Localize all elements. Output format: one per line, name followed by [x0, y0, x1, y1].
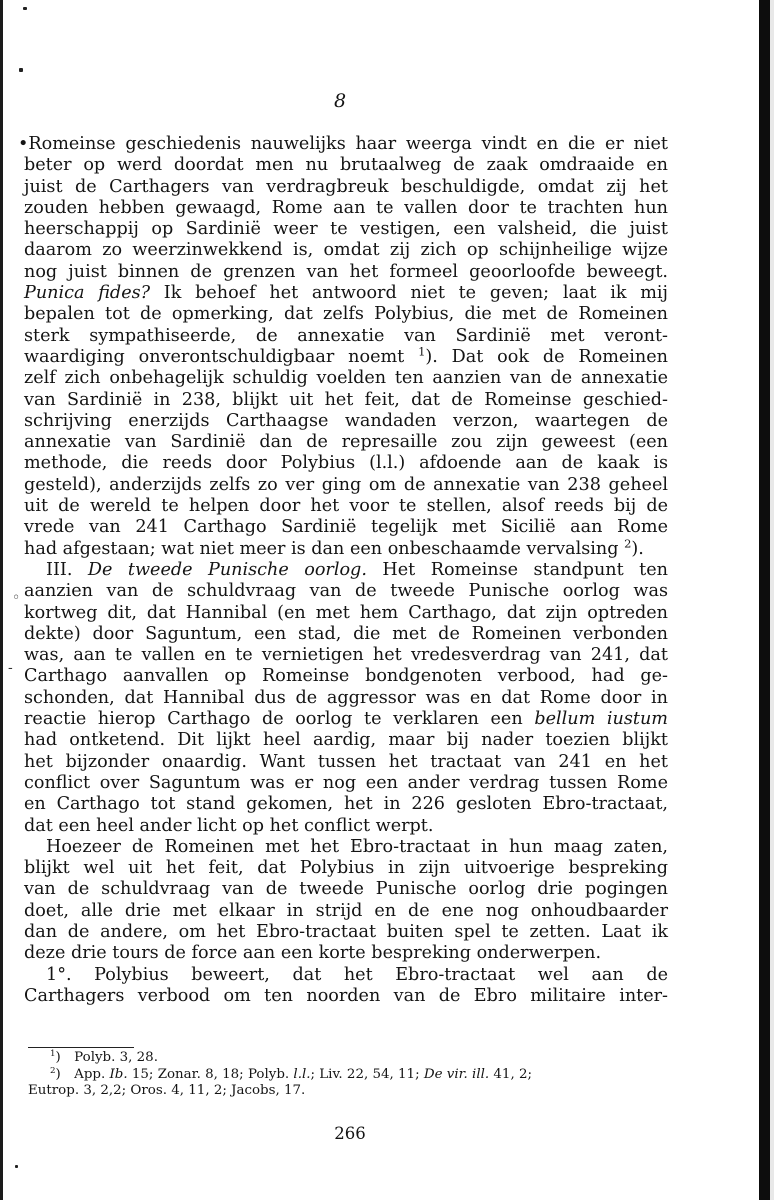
italic-text: De vir. ill. [424, 1067, 489, 1082]
scan-speck [15, 1165, 18, 1168]
text-line: dat een heel ander licht op het conflict… [24, 816, 668, 837]
margin-mark: ◦ [12, 590, 20, 606]
footnotes: 1) Polyb. 3, 28.2) App. Ib. 15; Zonar. 8… [28, 1050, 672, 1100]
text-line: •Romeinse geschiedenis nauwelijks haar w… [18, 134, 668, 155]
footnote-ref[interactable]: 1 [418, 345, 425, 359]
text-line: waardiging onverontschuldigbaar noemt 1)… [24, 347, 668, 368]
italic-text: Punica fides? [24, 283, 150, 303]
footnote-rule [28, 1047, 134, 1048]
margin-mark: - [8, 660, 13, 676]
text-line: gesteld), anderzijds zelfs zo ver ging o… [24, 475, 668, 496]
text-line: reactie hierop Carthago de oorlog te ver… [24, 709, 668, 730]
text-line: 1°. Polybius beweert, dat het Ebro-tract… [24, 965, 668, 986]
scan-speck [19, 68, 23, 72]
text-line: deze drie tours de force aan een korte b… [24, 943, 668, 964]
footnote-2: 2) App. Ib. 15; Zonar. 8, 18; Polyb. l.l… [28, 1067, 672, 1084]
text-line: daarom zo weerzinwekkend is, omdat zij z… [24, 240, 668, 261]
text-line: schonden, dat Hannibal dus de aggressor … [24, 688, 668, 709]
text-line: Hoezeer de Romeinen met het Ebro-tractaa… [24, 837, 668, 858]
scan-edge-right-margin [770, 0, 774, 1200]
footnote-1: 1) Polyb. 3, 28. [28, 1050, 672, 1067]
text-line: juist de Carthagers van verdragbreuk bes… [24, 177, 668, 198]
italic-text: bellum iustum [534, 709, 668, 729]
text-line: zouden hebben gewaagd, Rome aan te valle… [24, 198, 668, 219]
text-line: nog juist binnen de grenzen van het form… [24, 262, 668, 283]
text-line: en Carthago tot stand gekomen, het in 22… [24, 794, 668, 815]
footnote-marker: 2 [50, 1066, 56, 1076]
footnote-marker: 1 [50, 1049, 56, 1059]
text-line: had ontketend. Dit lijkt heel aardig, ma… [24, 730, 668, 751]
text-line: sterk sympathiseerde, de annexatie van S… [24, 326, 668, 347]
text-line: van de schuldvraag van de tweede Punisch… [24, 879, 668, 900]
italic-text: Ib. [110, 1067, 128, 1082]
text-line: methode, die reeds door Polybius (l.l.) … [24, 453, 668, 474]
footnote-continuation: Eutrop. 3, 2,2; Oros. 4, 11, 2; Jacobs, … [28, 1083, 672, 1100]
text-line: beter op werd doordat men nu brutaalweg … [24, 155, 668, 176]
italic-text: l.l. [293, 1067, 310, 1082]
text-line: dekte) door Saguntum, een stad, die met … [24, 624, 668, 645]
text-line: het bijzonder onaardig. Want tussen het … [24, 752, 668, 773]
scan-edge-right [759, 0, 770, 1200]
text-line: kortweg dit, dat Hannibal (en met hem Ca… [24, 603, 668, 624]
body-text: •Romeinse geschiedenis nauwelijks haar w… [24, 134, 668, 1007]
text-line: III. De tweede Punische oorlog. Het Rome… [24, 560, 668, 581]
text-line: uit de wereld te helpen door het voor te… [24, 496, 668, 517]
text-line: Carthago aanvallen op Romeinse bondgenot… [24, 666, 668, 687]
text-line: dan de andere, om het Ebro-tractaat buit… [24, 922, 668, 943]
text-line: was, aan te vallen en te vernietigen het… [24, 645, 668, 666]
text-line: vrede van 241 Carthago Sardinië tegelijk… [24, 517, 668, 538]
text-line: schrijving enerzijds Carthaagse wandaden… [24, 411, 668, 432]
scan-speck [23, 7, 27, 10]
text-line: Carthagers verbood om ten noorden van de… [24, 986, 668, 1007]
text-line: had afgestaan; wat niet meer is dan een … [24, 539, 668, 560]
text-line: Punica fides? Ik behoef het antwoord nie… [24, 283, 668, 304]
scan-edge-left [0, 0, 3, 1200]
text-line: heerschappij op Sardinië weer te vestige… [24, 219, 668, 240]
text-line: annexatie van Sardinië dan de represaill… [24, 432, 668, 453]
text-line: blijkt wel uit het feit, dat Polybius in… [24, 858, 668, 879]
text-line: conflict over Saguntum was er nog een an… [24, 773, 668, 794]
text-line: van Sardinië in 238, blijkt uit het feit… [24, 390, 668, 411]
text-line: doet, alle drie met elkaar in strijd en … [24, 901, 668, 922]
italic-text: De tweede Punische oorlog. [88, 560, 367, 580]
chapter-number: 8 [0, 90, 680, 112]
text-line: zelf zich onbehagelijk schuldig voelden … [24, 368, 668, 389]
text-line: bepalen tot de opmerking, dat zelfs Poly… [24, 304, 668, 325]
footnote-ref[interactable]: 2 [624, 536, 631, 550]
page-number: 266 [0, 1124, 700, 1143]
text-line: aanzien van de schuldvraag van de tweede… [24, 581, 668, 602]
